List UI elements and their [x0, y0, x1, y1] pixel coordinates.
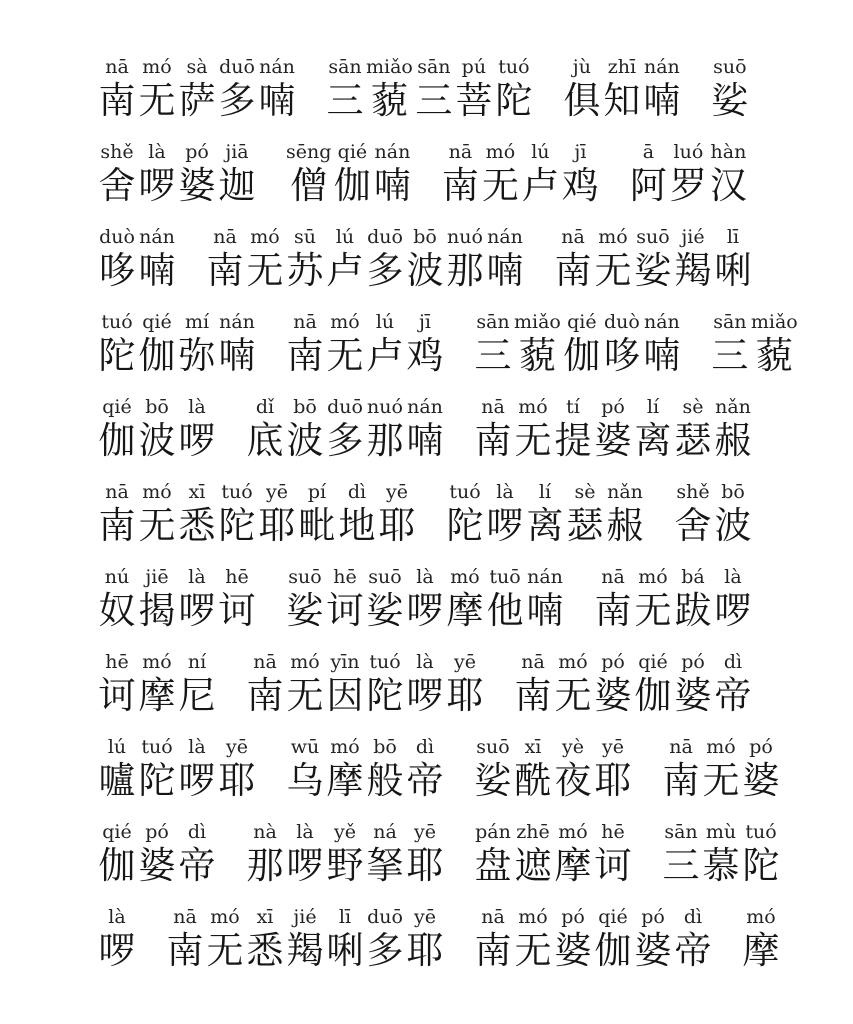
char-column: mó摩: [554, 821, 592, 888]
pinyin-syllable: zhī: [608, 56, 636, 78]
pinyin-syllable: nán: [375, 141, 411, 163]
hanzi-char: 无: [207, 931, 244, 973]
hanzi-char: 哆: [99, 251, 136, 293]
hanzi-char: 啰: [407, 676, 444, 718]
pinyin-syllable: qié: [567, 311, 596, 333]
char-column: là啰: [406, 651, 444, 718]
char-column: qié伽: [138, 311, 176, 378]
hanzi-char: 南: [663, 761, 700, 803]
hanzi-char: 喃: [407, 421, 444, 463]
char-column: sān三: [326, 56, 364, 123]
char-column: pó婆: [554, 906, 592, 973]
char-column: lú嚧: [98, 736, 136, 803]
char-column: pó婆: [594, 651, 632, 718]
char-column: jī鸡: [561, 141, 599, 208]
hanzi-char: 波: [407, 251, 444, 293]
char-column: mó无: [246, 226, 284, 293]
pinyin-syllable: luó: [674, 141, 704, 163]
pinyin-syllable: bō: [721, 481, 745, 503]
char-column: mó无: [702, 736, 740, 803]
pinyin-syllable: duō: [367, 226, 403, 248]
pinyin-syllable: pán: [475, 821, 511, 843]
hanzi-char: 陀: [219, 506, 256, 548]
hanzi-char: 三: [415, 81, 452, 123]
char-column: dì帝: [178, 821, 216, 888]
mantra-row: shě舍là啰pó婆jiā迦sēng僧qié伽nán喃nā南mó无lú卢jī鸡ā…: [98, 135, 803, 208]
hanzi-char: 底: [247, 421, 284, 463]
hanzi-char: 盘: [475, 846, 512, 888]
hanzi-char: 苏: [287, 251, 324, 293]
hanzi-char: 那: [247, 846, 284, 888]
char-column: suō娑: [634, 226, 672, 293]
pinyin-syllable: jī: [574, 141, 586, 163]
pinyin-syllable: nuó: [447, 226, 483, 248]
char-column: ní尼: [178, 651, 216, 718]
char-column: shě舍: [98, 141, 136, 208]
pinyin-syllable: nā: [449, 141, 473, 163]
pinyin-syllable: dì: [188, 821, 206, 843]
pinyin-syllable: qié: [338, 141, 367, 163]
char-column: pó婆: [594, 396, 632, 463]
char-column: nán喃: [258, 56, 296, 123]
pinyin-syllable: sān: [713, 311, 746, 333]
pinyin-syllable: mó: [706, 736, 735, 758]
char-column: bō波: [286, 396, 324, 463]
char-column: yē耶: [378, 481, 416, 548]
hanzi-char: 陀: [139, 761, 176, 803]
pinyin-syllable: lú: [336, 226, 354, 248]
char-column: nā南: [474, 396, 512, 463]
hanzi-char: 羯: [287, 931, 324, 973]
hanzi-char: 喃: [527, 591, 564, 633]
pinyin-syllable: nā: [521, 651, 545, 673]
hanzi-char: 耶: [219, 761, 256, 803]
char-column: sān三: [474, 311, 512, 378]
pinyin-syllable: nuó: [367, 396, 403, 418]
char-column: mó摩: [138, 651, 176, 718]
phrase-group: dǐ底bō波duō多nuó那nán喃: [246, 396, 444, 463]
phrase-group: hē诃mó摩ní尼: [98, 651, 216, 718]
pinyin-syllable: duō: [327, 396, 363, 418]
hanzi-char: 南: [555, 251, 592, 293]
pinyin-syllable: mó: [142, 481, 171, 503]
hanzi-char: 三: [711, 336, 748, 378]
hanzi-char: 娑: [475, 761, 512, 803]
char-column: tí提: [554, 396, 592, 463]
hanzi-char: 三: [327, 81, 364, 123]
pinyin-syllable: yīn: [330, 651, 359, 673]
pinyin-syllable: ná: [373, 821, 397, 843]
hanzi-char: 摩: [743, 931, 780, 973]
char-column: yē耶: [218, 736, 256, 803]
pinyin-syllable: duō: [367, 906, 403, 928]
char-column: nǎn赧: [606, 481, 644, 548]
hanzi-char: 婆: [139, 846, 176, 888]
hanzi-char: 摩: [447, 591, 484, 633]
pinyin-syllable: mó: [142, 651, 171, 673]
char-column: hàn汉: [709, 141, 747, 208]
pinyin-syllable: xī: [189, 481, 206, 503]
char-column: bō波: [406, 226, 444, 293]
char-column: duō多: [326, 396, 364, 463]
hanzi-char: 耶: [407, 846, 444, 888]
pinyin-syllable: mó: [486, 141, 515, 163]
pinyin-syllable: yè: [562, 736, 584, 758]
hanzi-char: 揭: [139, 591, 176, 633]
pinyin-syllable: sè: [575, 481, 596, 503]
hanzi-char: 南: [595, 591, 632, 633]
char-column: lú卢: [326, 226, 364, 293]
hanzi-char: 婆: [675, 676, 712, 718]
pinyin-syllable: pó: [601, 396, 625, 418]
char-column: sēng僧: [286, 141, 331, 208]
hanzi-char: 无: [247, 251, 284, 293]
char-column: duō多: [366, 226, 404, 293]
pinyin-syllable: mó: [638, 566, 667, 588]
hanzi-char: 诃: [99, 676, 136, 718]
hanzi-char: 婆: [743, 761, 780, 803]
hanzi-char: 嚧: [99, 761, 136, 803]
hanzi-char: 南: [475, 421, 512, 463]
phrase-group: suō娑: [711, 56, 749, 123]
char-column: mó无: [514, 396, 552, 463]
char-column: dì地: [338, 481, 376, 548]
hanzi-char: 萨: [179, 81, 216, 123]
hanzi-char: 娑: [367, 591, 404, 633]
phrase-group: nā南mó无tí提pó婆lí离sè瑟nǎn赧: [474, 396, 752, 463]
char-column: nā南: [98, 481, 136, 548]
hanzi-char: 伽: [334, 166, 371, 208]
pinyin-syllable: miǎo: [751, 311, 798, 333]
phrase-group: nà那là啰yě野ná拏yē耶: [246, 821, 444, 888]
char-column: là啰: [714, 566, 752, 633]
pinyin-syllable: pú: [462, 56, 486, 78]
hanzi-char: 耶: [447, 676, 484, 718]
hanzi-char: 毗: [299, 506, 336, 548]
pinyin-syllable: qié: [142, 311, 171, 333]
char-column: sū苏: [286, 226, 324, 293]
char-column: miǎo藐: [366, 56, 413, 123]
char-column: lú卢: [366, 311, 404, 378]
char-column: pán盘: [474, 821, 512, 888]
pinyin-syllable: jié: [681, 226, 704, 248]
pinyin-syllable: lú: [531, 141, 549, 163]
pinyin-syllable: miǎo: [366, 56, 413, 78]
char-column: mó无: [594, 226, 632, 293]
char-column: nán喃: [486, 226, 524, 293]
hanzi-char: 罗: [670, 166, 707, 208]
hanzi-char: 野: [327, 846, 364, 888]
hanzi-char: 离: [635, 421, 672, 463]
hanzi-char: 诃: [595, 846, 632, 888]
pinyin-syllable: ní: [188, 651, 206, 673]
hanzi-char: 伽: [563, 336, 600, 378]
mantra-row: hē诃mó摩ní尼nā南mó无yīn因tuó陀là啰yē耶nā南mó无pó婆qi…: [98, 645, 803, 718]
pinyin-syllable: hàn: [711, 141, 747, 163]
hanzi-char: 南: [247, 676, 284, 718]
hanzi-char: 南: [442, 166, 479, 208]
pinyin-syllable: nán: [527, 566, 563, 588]
pinyin-syllable: nā: [105, 56, 129, 78]
pinyin-syllable: nán: [407, 396, 443, 418]
phrase-group: mó摩: [742, 906, 780, 973]
pinyin-syllable: pó: [601, 651, 625, 673]
hanzi-char: 多: [367, 931, 404, 973]
char-column: nuó那: [446, 226, 484, 293]
hanzi-char: 南: [167, 931, 204, 973]
char-column: hē诃: [326, 566, 364, 633]
pinyin-syllable: miǎo: [514, 311, 561, 333]
hanzi-char: 啰: [487, 506, 524, 548]
pinyin-syllable: duò: [604, 311, 640, 333]
pinyin-syllable: yē: [266, 481, 288, 503]
mantra-row: qié伽pó婆dì帝nà那là啰yě野ná拏yē耶pán盘zhē遮mó摩hē诃s…: [98, 815, 803, 888]
char-column: nán喃: [406, 396, 444, 463]
char-column: nán喃: [138, 226, 176, 293]
char-column: sān三: [662, 821, 700, 888]
char-column: nā南: [594, 566, 632, 633]
char-column: tuó陀: [495, 56, 533, 123]
pinyin-syllable: ā: [643, 141, 654, 163]
char-column: jié羯: [286, 906, 324, 973]
pinyin-syllable: mó: [330, 311, 359, 333]
char-column: nán喃: [373, 141, 411, 208]
char-column: nā南: [166, 906, 204, 973]
pinyin-syllable: pí: [308, 481, 326, 503]
hanzi-char: 无: [482, 166, 519, 208]
char-column: duō多: [218, 56, 256, 123]
char-column: ā阿: [629, 141, 667, 208]
phrase-group: qié伽bō波là啰: [98, 396, 216, 463]
char-column: shě舍: [674, 481, 712, 548]
phrase-group: nā南mó无lú卢jī鸡: [286, 311, 444, 378]
hanzi-char: 哆: [603, 336, 640, 378]
char-column: pú菩: [455, 56, 493, 123]
mantra-row: nā南mó无sà萨duō多nán喃sān三miǎo藐sān三pú菩tuó陀jù俱…: [98, 50, 803, 123]
char-column: pó婆: [178, 141, 216, 208]
hanzi-char: 鸡: [407, 336, 444, 378]
pinyin-syllable: hē: [601, 821, 624, 843]
char-column: miǎo藐: [751, 311, 798, 378]
char-column: wū乌: [286, 736, 324, 803]
pinyin-syllable: là: [188, 396, 205, 418]
char-column: qié伽: [594, 906, 632, 973]
pinyin-syllable: nā: [601, 566, 625, 588]
pinyin-syllable: nán: [139, 226, 175, 248]
pinyin-syllable: mó: [330, 736, 359, 758]
pinyin-syllable: bō: [373, 736, 397, 758]
hanzi-char: 多: [219, 81, 256, 123]
hanzi-char: 汉: [710, 166, 747, 208]
hanzi-char: 无: [139, 81, 176, 123]
hanzi-char: 舍: [675, 506, 712, 548]
hanzi-char: 婆: [635, 931, 672, 973]
char-column: xī酰: [514, 736, 552, 803]
phrase-group: nā南mó无pó婆qié伽pó婆dì帝: [514, 651, 752, 718]
char-column: yē耶: [258, 481, 296, 548]
hanzi-char: 鸡: [562, 166, 599, 208]
pinyin-syllable: dǐ: [256, 396, 274, 418]
phrase-group: nā南mó无lú卢jī鸡: [441, 141, 599, 208]
char-column: duò哆: [603, 311, 641, 378]
char-column: nán喃: [643, 311, 681, 378]
char-column: nā南: [662, 736, 700, 803]
hanzi-char: 耶: [407, 931, 444, 973]
hanzi-char: 慕: [703, 846, 740, 888]
pinyin-syllable: suō: [288, 566, 321, 588]
char-column: zhē遮: [514, 821, 552, 888]
char-column: nā南: [474, 906, 512, 973]
hanzi-char: 悉: [247, 931, 284, 973]
pinyin-syllable: mó: [598, 226, 627, 248]
hanzi-char: 多: [367, 251, 404, 293]
pinyin-syllable: bō: [413, 226, 437, 248]
hanzi-char: 陀: [367, 676, 404, 718]
mantra-text-block: nā南mó无sà萨duō多nán喃sān三miǎo藐sān三pú菩tuó陀jù俱…: [98, 50, 803, 973]
pinyin-syllable: pó: [749, 736, 773, 758]
hanzi-char: 伽: [139, 336, 176, 378]
hanzi-char: 喃: [259, 81, 296, 123]
pinyin-syllable: mí: [185, 311, 209, 333]
char-column: yē耶: [446, 651, 484, 718]
char-column: suō娑: [474, 736, 512, 803]
char-column: nú奴: [98, 566, 136, 633]
pinyin-syllable: hē: [105, 651, 128, 673]
pinyin-syllable: pó: [681, 651, 705, 673]
pinyin-syllable: qié: [102, 396, 131, 418]
hanzi-char: 唎: [715, 251, 752, 293]
char-column: nā南: [514, 651, 552, 718]
hanzi-char: 伽: [595, 931, 632, 973]
char-column: yē耶: [406, 821, 444, 888]
char-column: pó婆: [742, 736, 780, 803]
phrase-group: sān三mù慕tuó陀: [662, 821, 780, 888]
hanzi-char: 喃: [643, 336, 680, 378]
pinyin-syllable: nā: [253, 651, 277, 673]
hanzi-char: 乌: [287, 761, 324, 803]
char-column: miǎo藐: [514, 311, 561, 378]
hanzi-char: 帝: [675, 931, 712, 973]
hanzi-char: 离: [527, 506, 564, 548]
phrase-group: shě舍bō波: [674, 481, 752, 548]
hanzi-char: 赧: [715, 421, 752, 463]
hanzi-char: 无: [595, 251, 632, 293]
pinyin-syllable: qié: [638, 651, 667, 673]
hanzi-char: 迦: [219, 166, 256, 208]
hanzi-char: 三: [663, 846, 700, 888]
pinyin-syllable: sān: [417, 56, 450, 78]
char-column: bō波: [714, 481, 752, 548]
pinyin-syllable: pó: [641, 906, 665, 928]
phrase-group: jù俱zhī知nán喃: [563, 56, 681, 123]
pinyin-syllable: tuó: [221, 481, 252, 503]
pinyin-syllable: duò: [99, 226, 135, 248]
char-column: lí离: [634, 396, 672, 463]
pinyin-syllable: yē: [454, 651, 476, 673]
hanzi-char: 尼: [179, 676, 216, 718]
hanzi-char: 啰: [99, 931, 136, 973]
pinyin-syllable: nǎn: [715, 396, 751, 418]
pinyin-syllable: tuó: [369, 651, 400, 673]
char-column: jiā迦: [218, 141, 256, 208]
pinyin-syllable: nā: [173, 906, 197, 928]
hanzi-char: 无: [327, 336, 364, 378]
char-column: dì帝: [406, 736, 444, 803]
phrase-group: suō娑xī酰yè夜yē耶: [474, 736, 632, 803]
hanzi-char: 帝: [715, 676, 752, 718]
char-column: suō娑: [286, 566, 324, 633]
char-column: nā南: [98, 56, 136, 123]
pinyin-syllable: là: [724, 566, 741, 588]
pinyin-syllable: nǎn: [607, 481, 643, 503]
char-column: mó无: [514, 906, 552, 973]
hanzi-char: 喃: [643, 81, 680, 123]
char-column: nán喃: [526, 566, 564, 633]
char-column: tuó陀: [138, 736, 176, 803]
char-column: xī悉: [178, 481, 216, 548]
hanzi-char: 瑟: [567, 506, 604, 548]
hanzi-char: 伽: [99, 846, 136, 888]
hanzi-char: 悉: [179, 506, 216, 548]
hanzi-char: 婆: [595, 676, 632, 718]
pinyin-syllable: là: [296, 821, 313, 843]
pinyin-syllable: yē: [414, 906, 436, 928]
char-column: bō波: [138, 396, 176, 463]
hanzi-char: 那: [367, 421, 404, 463]
hanzi-char: 菩: [455, 81, 492, 123]
hanzi-char: 阿: [630, 166, 667, 208]
hanzi-char: 无: [287, 676, 324, 718]
hanzi-char: 喃: [487, 251, 524, 293]
pinyin-syllable: xī: [525, 736, 542, 758]
char-column: mó摩: [742, 906, 780, 973]
char-column: nā南: [441, 141, 479, 208]
pinyin-syllable: nā: [481, 396, 505, 418]
pinyin-syllable: bá: [681, 566, 705, 588]
hanzi-char: 俱: [563, 81, 600, 123]
phrase-group: ā阿luó罗hàn汉: [629, 141, 747, 208]
hanzi-char: 波: [139, 421, 176, 463]
hanzi-char: 卢: [367, 336, 404, 378]
char-column: jī鸡: [406, 311, 444, 378]
char-column: tuó陀: [366, 651, 404, 718]
char-column: jié羯: [674, 226, 712, 293]
char-column: nā南: [206, 226, 244, 293]
char-column: mó摩: [446, 566, 484, 633]
hanzi-char: 喃: [139, 251, 176, 293]
char-column: là啰: [178, 396, 216, 463]
hanzi-char: 僧: [290, 166, 327, 208]
pinyin-syllable: jiā: [225, 141, 248, 163]
pinyin-syllable: suō: [368, 566, 401, 588]
phrase-group: pán盘zhē遮mó摩hē诃: [474, 821, 632, 888]
hanzi-char: 地: [339, 506, 376, 548]
pinyin-syllable: pó: [145, 821, 169, 843]
hanzi-char: 喃: [219, 336, 256, 378]
char-column: yē耶: [594, 736, 632, 803]
pinyin-syllable: nán: [644, 311, 680, 333]
hanzi-char: 娑: [635, 251, 672, 293]
char-column: tuō他: [486, 566, 524, 633]
pinyin-syllable: là: [496, 481, 513, 503]
hanzi-char: 陀: [99, 336, 136, 378]
pinyin-syllable: mó: [210, 906, 239, 928]
pinyin-syllable: sēng: [286, 141, 331, 163]
char-column: là啰: [178, 566, 216, 633]
char-column: mó无: [481, 141, 519, 208]
pinyin-syllable: là: [416, 566, 433, 588]
char-column: suō娑: [711, 56, 749, 123]
